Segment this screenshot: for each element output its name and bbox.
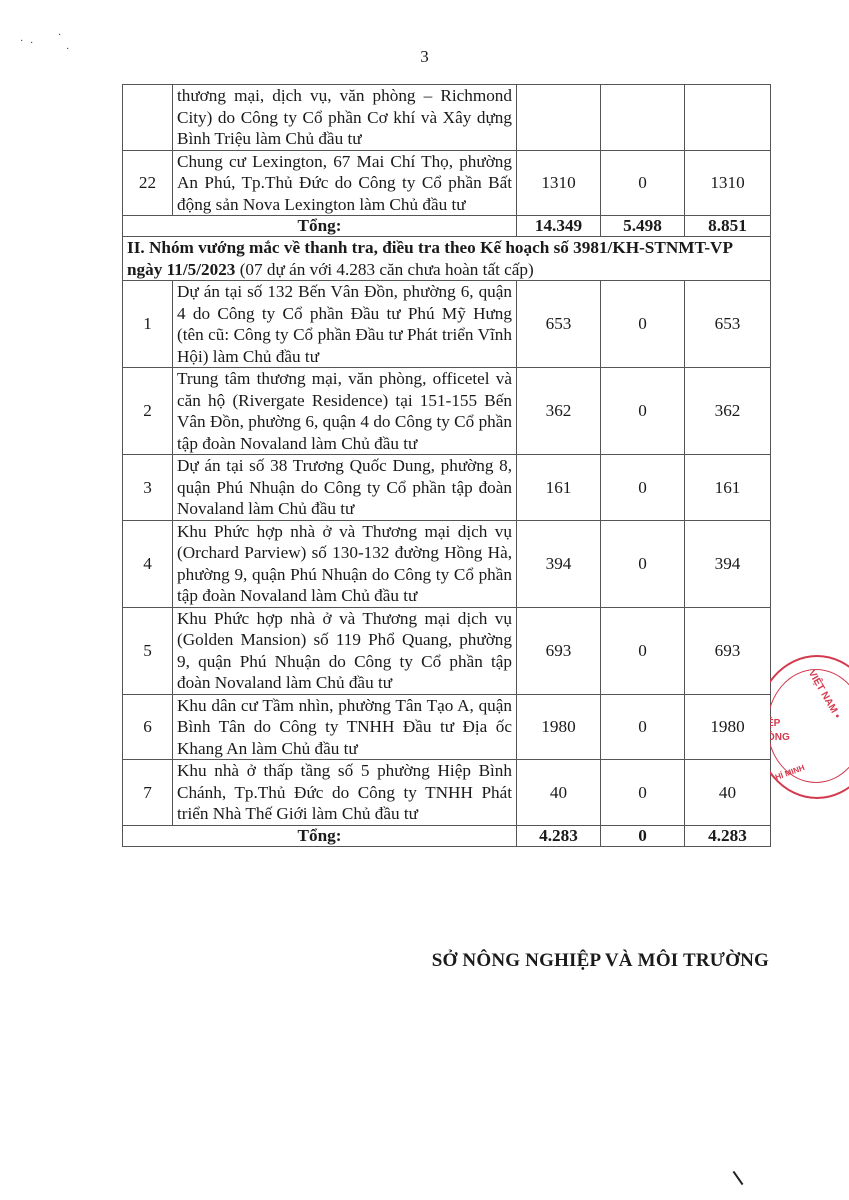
total-col-a: 14.349 — [517, 216, 601, 237]
row-col-b: 0 — [601, 760, 685, 826]
row-col-c — [685, 85, 771, 151]
row-col-a — [517, 85, 601, 151]
row-col-a: 653 — [517, 281, 601, 368]
row-number — [123, 85, 173, 151]
total-label: Tổng: — [123, 216, 517, 237]
row-description: Khu nhà ở thấp tầng số 5 phường Hiệp Bìn… — [173, 760, 517, 826]
row-col-b: 0 — [601, 607, 685, 694]
row-description: Khu dân cư Tầm nhìn, phường Tân Tạo A, q… — [173, 694, 517, 760]
row-description: Khu Phức hợp nhà ở và Thương mại dịch vụ… — [173, 607, 517, 694]
table-row: 2 Trung tâm thương mại, văn phòng, offic… — [123, 368, 771, 455]
table-row: 7 Khu nhà ở thấp tầng số 5 phường Hiệp B… — [123, 760, 771, 826]
table-row: 1 Dự án tại số 132 Bến Vân Đồn, phường 6… — [123, 281, 771, 368]
row-number: 5 — [123, 607, 173, 694]
table-row: 6 Khu dân cư Tầm nhìn, phường Tân Tạo A,… — [123, 694, 771, 760]
row-col-c: 161 — [685, 455, 771, 521]
total-col-b: 0 — [601, 825, 685, 846]
stamp-seal-icon: VIỆT NAM • ỆP ỒNG CHÍ MINH — [770, 655, 849, 799]
row-col-b — [601, 85, 685, 151]
row-col-b: 0 — [601, 281, 685, 368]
row-number: 3 — [123, 455, 173, 521]
total-col-a: 4.283 — [517, 825, 601, 846]
row-description: thương mại, dịch vụ, văn phòng – Richmon… — [173, 85, 517, 151]
row-col-b: 0 — [601, 694, 685, 760]
total-label: Tổng: — [123, 825, 517, 846]
table-row: 4 Khu Phức hợp nhà ở và Thương mại dịch … — [123, 520, 771, 607]
row-col-c: 653 — [685, 281, 771, 368]
projects-table: thương mại, dịch vụ, văn phòng – Richmon… — [122, 84, 771, 847]
row-col-c: 362 — [685, 368, 771, 455]
row-number: 1 — [123, 281, 173, 368]
row-description: Khu Phức hợp nhà ở và Thương mại dịch vụ… — [173, 520, 517, 607]
row-col-c: 1980 — [685, 694, 771, 760]
row-description: Chung cư Lexington, 67 Mai Chí Thọ, phườ… — [173, 150, 517, 216]
row-number: 2 — [123, 368, 173, 455]
row-col-c: 40 — [685, 760, 771, 826]
row-description: Trung tâm thương mại, văn phòng, officet… — [173, 368, 517, 455]
row-col-c: 693 — [685, 607, 771, 694]
group2-total-row: Tổng: 4.283 0 4.283 — [123, 825, 771, 846]
row-col-a: 693 — [517, 607, 601, 694]
row-number: 6 — [123, 694, 173, 760]
row-col-b: 0 — [601, 455, 685, 521]
table-row: 22 Chung cư Lexington, 67 Mai Chí Thọ, p… — [123, 150, 771, 216]
total-col-b: 5.498 — [601, 216, 685, 237]
row-number: 7 — [123, 760, 173, 826]
official-stamp: VIỆT NAM • ỆP ỒNG CHÍ MINH — [770, 0, 849, 1200]
table-row-continuation: thương mại, dịch vụ, văn phòng – Richmon… — [123, 85, 771, 151]
row-number: 4 — [123, 520, 173, 607]
row-col-a: 394 — [517, 520, 601, 607]
row-col-a: 1310 — [517, 150, 601, 216]
row-description: Dự án tại số 132 Bến Vân Đồn, phường 6, … — [173, 281, 517, 368]
row-col-b: 0 — [601, 368, 685, 455]
signing-authority: SỞ NÔNG NGHIỆP VÀ MÔI TRƯỜNG — [432, 950, 769, 972]
total-col-c: 4.283 — [685, 825, 771, 846]
section-heading-row: II. Nhóm vướng mắc về thanh tra, điều tr… — [123, 237, 771, 281]
table-row: 3 Dự án tại số 38 Trương Quốc Dung, phườ… — [123, 455, 771, 521]
scan-mark — [733, 1171, 744, 1185]
stamp-center-text: ỆP ỒNG — [770, 717, 797, 745]
page-number: 3 — [0, 47, 849, 67]
row-col-a: 161 — [517, 455, 601, 521]
row-number: 22 — [123, 150, 173, 216]
group1-total-row: Tổng: 14.349 5.498 8.851 — [123, 216, 771, 237]
section-title-normal: (07 dự án với 4.283 căn chưa hoàn tất cấ… — [235, 260, 533, 279]
row-col-a: 362 — [517, 368, 601, 455]
row-col-c: 1310 — [685, 150, 771, 216]
table-row: 5 Khu Phức hợp nhà ở và Thương mại dịch … — [123, 607, 771, 694]
row-col-c: 394 — [685, 520, 771, 607]
row-description: Dự án tại số 38 Trương Quốc Dung, phường… — [173, 455, 517, 521]
section-heading: II. Nhóm vướng mắc về thanh tra, điều tr… — [123, 237, 771, 281]
row-col-b: 0 — [601, 520, 685, 607]
total-col-c: 8.851 — [685, 216, 771, 237]
row-col-a: 40 — [517, 760, 601, 826]
row-col-b: 0 — [601, 150, 685, 216]
row-col-a: 1980 — [517, 694, 601, 760]
